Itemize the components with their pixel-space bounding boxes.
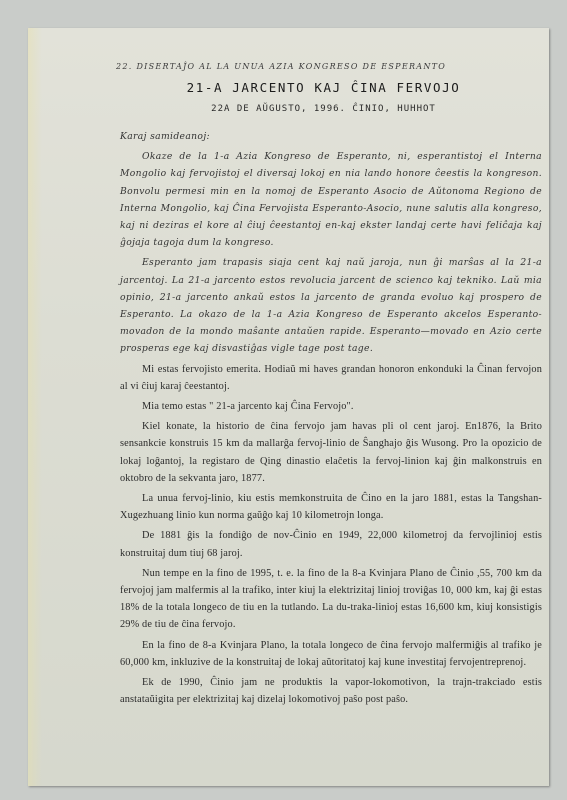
paragraph: La unua fervoj-linio, kiu estis memkonst…: [120, 490, 542, 524]
paragraph: Kiel konate, la historio de ĉina fervojo…: [120, 418, 542, 487]
greeting: Karaj samideanoj:: [120, 128, 542, 145]
document-title: 21-A JARCENTO KAJ ĈINA FERVOJO: [0, 80, 567, 95]
paragraph: De 1881 ĝis la fondiĝo de nov-Ĉinio en 1…: [120, 527, 542, 561]
paragraph: Mi estas fervojisto emerita. Hodiaŭ mi h…: [120, 361, 542, 395]
paragraph: Esperanto jam trapasis siaja cent kaj na…: [120, 254, 542, 357]
paragraph: Okaze de la 1-a Azia Kongreso de Esperan…: [120, 148, 542, 251]
paragraph: Nun tempe en la fino de 1995, t. e. la f…: [120, 565, 542, 634]
document-subtitle: 22A DE AŬGUSTO, 1996. ĈINIO, HUHHOT: [0, 104, 567, 114]
document-series-header: 22. DISERTAĴO AL LA UNUA AZIA KONGRESO D…: [116, 62, 446, 71]
paragraph: En la fino de 8-a Kvinjara Plano, la tot…: [120, 637, 542, 671]
paragraph: Mia temo estas " 21-a jarcento kaj Ĉina …: [120, 398, 542, 415]
document-body: Karaj samideanoj: Okaze de la 1-a Azia K…: [120, 128, 542, 709]
paragraph: Ek de 1990, Ĉinio jam ne produktis la va…: [120, 674, 542, 708]
